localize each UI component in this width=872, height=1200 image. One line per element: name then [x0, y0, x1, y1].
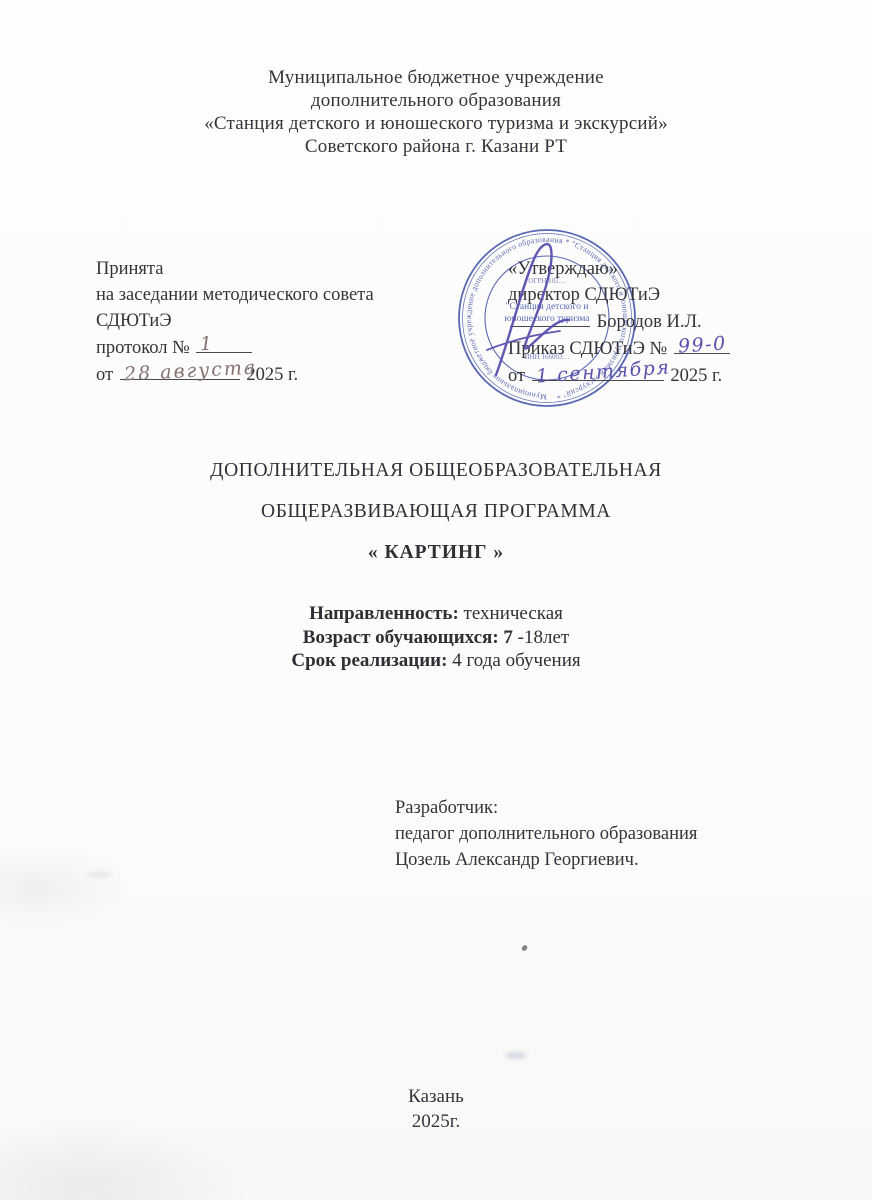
acceptance-block: Принята на заседании методического совет… [96, 256, 374, 388]
protocol-number-blank: 1 [196, 334, 252, 353]
org-header: Муниципальное бюджетное учреждение допол… [0, 66, 872, 158]
footer: Казань 2025г. [0, 1084, 872, 1134]
title-line-2: ОБЩЕРАЗВИВАЮЩАЯ ПРОГРАММА [0, 491, 872, 532]
scan-artifact-dot [521, 944, 528, 952]
org-header-line: дополнительного образования [0, 89, 872, 112]
developer-block: Разработчик: педагог дополнительного обр… [395, 795, 697, 873]
acceptance-date-handwritten: 28 августа [123, 359, 257, 385]
footer-year: 2025г. [0, 1109, 872, 1134]
document-title: ДОПОЛНИТЕЛЬНАЯ ОБЩЕОБРАЗОВАТЕЛЬНАЯ ОБЩЕР… [0, 450, 872, 573]
org-header-line: Советского района г. Казани РТ [0, 135, 872, 158]
developer-name: Цозель Александр Георгиевич. [395, 847, 697, 873]
title-line-1: ДОПОЛНИТЕЛЬНАЯ ОБЩЕОБРАЗОВАТЕЛЬНАЯ [0, 450, 872, 491]
scan-artifact-smudge [86, 872, 112, 877]
program-name: « КАРТИНГ » [0, 532, 872, 573]
order-number-blank: 99-0 [674, 335, 730, 354]
developer-position: педагог дополнительного образования [395, 821, 697, 847]
developer-label: Разработчик: [395, 795, 697, 821]
document-page: Муниципальное бюджетное учреждение допол… [0, 0, 872, 1200]
protocol-number-handwritten: 1 [200, 335, 215, 355]
org-abbr: СДЮТиЭ [96, 308, 374, 334]
council-line: на заседании методического совета [96, 282, 374, 308]
acceptance-date-line: от 28 августа 2025 г. [96, 361, 374, 388]
acceptance-date-blank: 28 августа [120, 361, 240, 380]
accepted-label: Принята [96, 256, 374, 282]
detail-duration: Срок реализации: 4 года обучения [0, 649, 872, 673]
org-header-line: Муниципальное бюджетное учреждение [0, 66, 872, 89]
footer-city: Казань [0, 1084, 872, 1109]
scan-artifact-smudge [505, 1052, 527, 1059]
date-prefix: от [96, 365, 113, 385]
detail-orientation: Направленность: техническая [0, 602, 872, 626]
date-suffix: 2025 г. [670, 366, 722, 386]
protocol-label: протокол № [96, 338, 190, 358]
org-header-line: «Станция детского и юношеского туризма и… [0, 112, 872, 135]
signature [452, 223, 642, 413]
program-details: Направленность: техническая Возраст обуч… [0, 602, 872, 673]
order-number-handwritten: 99-0 [677, 334, 727, 356]
detail-age: Возраст обучающихся: 7 -18лет [0, 626, 872, 650]
